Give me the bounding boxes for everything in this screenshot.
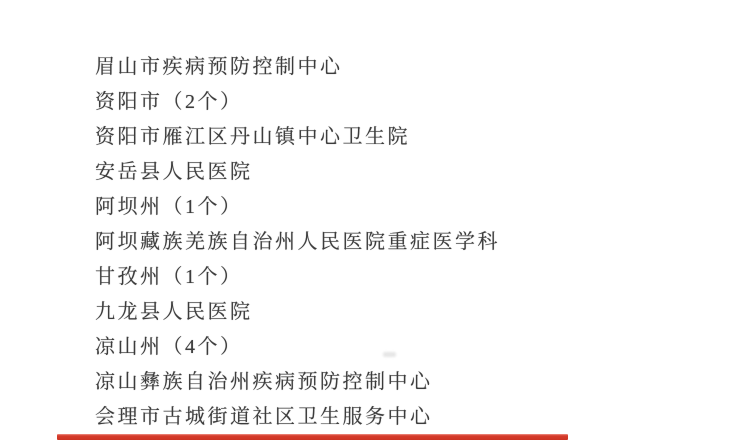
institution-line: 眉山市疾病预防控制中心 [95, 50, 712, 85]
region-header-line: 资阳市（2个） [95, 85, 712, 120]
institution-line: 凉山彝族自治州疾病预防控制中心 [95, 365, 712, 400]
institution-line: 阿坝藏族羌族自治州人民医院重症医学科 [95, 225, 712, 260]
institution-list: 眉山市疾病预防控制中心 资阳市（2个） 资阳市雁江区丹山镇中心卫生院 安岳县人民… [95, 50, 712, 435]
institution-line: 安岳县人民医院 [95, 155, 712, 190]
red-underline [57, 434, 568, 440]
scan-artifact [383, 352, 396, 357]
institution-line: 会理市古城街道社区卫生服务中心 [95, 400, 712, 435]
region-header-line: 凉山州（4个） [95, 330, 712, 365]
region-header-line: 阿坝州（1个） [95, 190, 712, 225]
institution-line: 资阳市雁江区丹山镇中心卫生院 [95, 120, 712, 155]
region-header-line: 甘孜州（1个） [95, 260, 712, 295]
institution-line: 九龙县人民医院 [95, 295, 712, 330]
scanned-document-page: 眉山市疾病预防控制中心 资阳市（2个） 资阳市雁江区丹山镇中心卫生院 安岳县人民… [0, 0, 732, 441]
